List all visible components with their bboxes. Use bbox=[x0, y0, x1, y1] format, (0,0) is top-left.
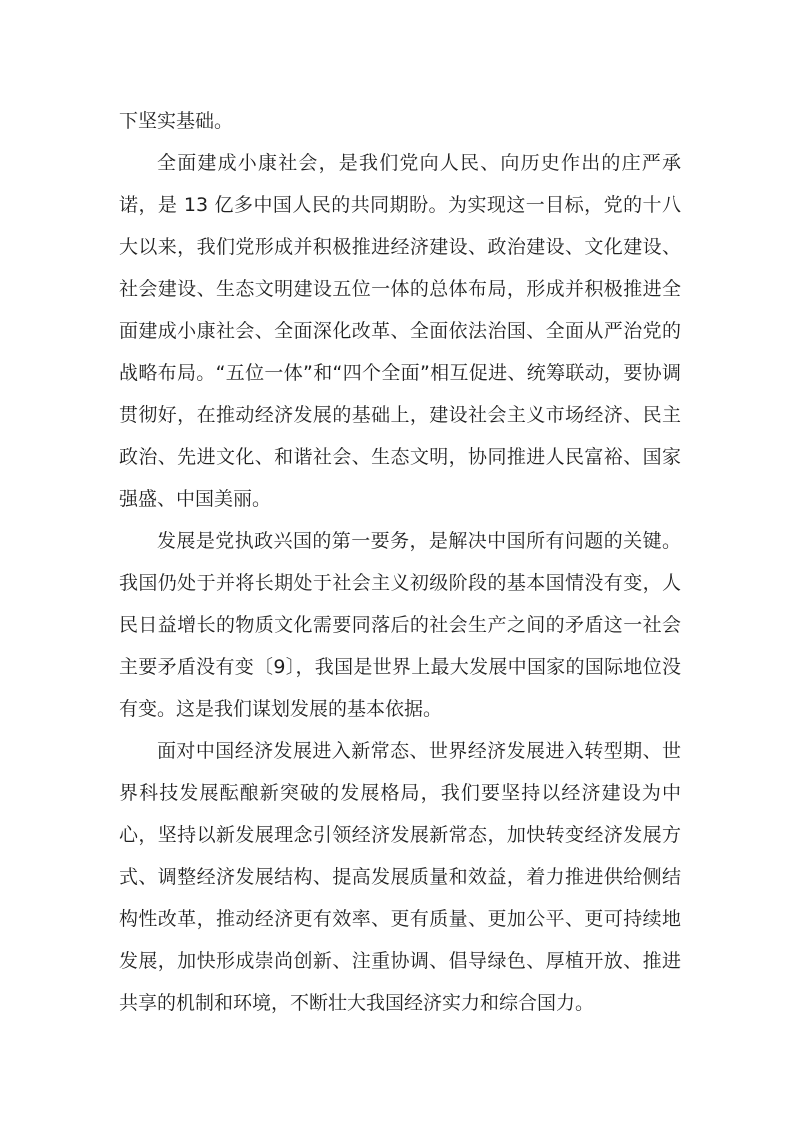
document-body: 下坚实基础。全面建成小康社会，是我们党向人民、向历史作出的庄严承诺，是 13 亿… bbox=[119, 100, 681, 1024]
paragraph: 面对中国经济发展进入新常态、世界经济发展进入转型期、世界科技发展酝酿新突破的发展… bbox=[119, 730, 681, 1024]
paragraph: 下坚实基础。 bbox=[119, 100, 681, 142]
document-page: 下坚实基础。全面建成小康社会，是我们党向人民、向历史作出的庄严承诺，是 13 亿… bbox=[0, 0, 800, 1130]
paragraph: 全面建成小康社会，是我们党向人民、向历史作出的庄严承诺，是 13 亿多中国人民的… bbox=[119, 142, 681, 520]
paragraph: 发展是党执政兴国的第一要务，是解决中国所有问题的关键。我国仍处于并将长期处于社会… bbox=[119, 520, 681, 730]
